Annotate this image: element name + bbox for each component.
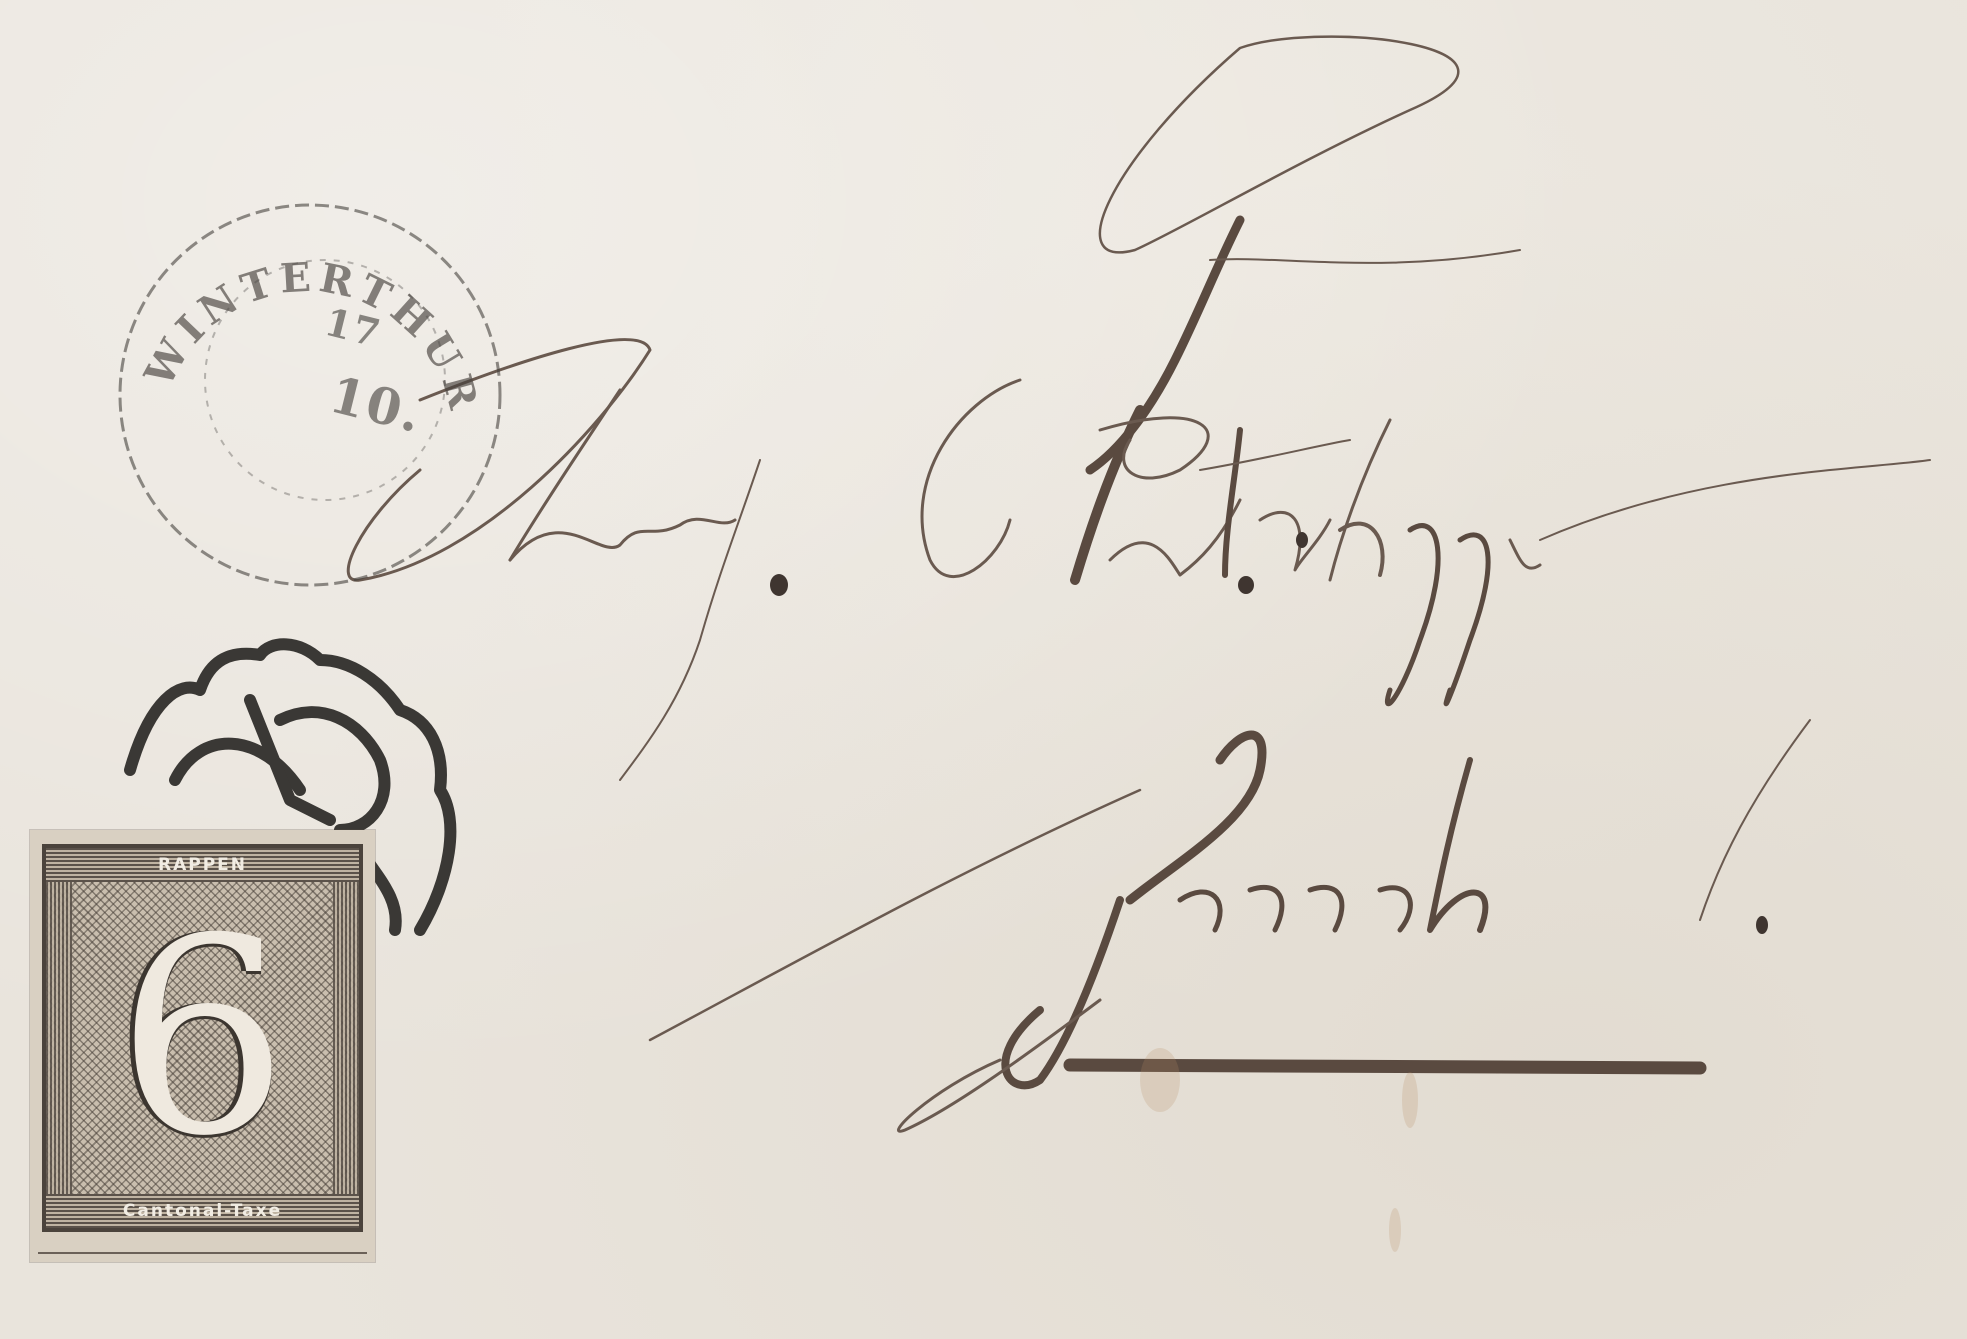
postage-stamp: RAPPEN 6 Cantonal-Taxe xyxy=(30,830,375,1262)
stamp-top-label: RAPPEN xyxy=(46,848,359,882)
stamp-border-left xyxy=(46,882,72,1194)
postmark-town: WINTERTHUR xyxy=(135,254,488,420)
stamp-margin-line xyxy=(38,1252,367,1254)
postmark: WINTERTHUR 17 10. xyxy=(110,190,520,600)
postal-cover: WINTERTHUR 17 10. RAPPEN 6 Cantonal-Taxe xyxy=(0,0,1967,1339)
stamp-value: 6 xyxy=(106,888,299,1188)
stamp-border-right xyxy=(333,882,359,1194)
svg-text:WINTERTHUR: WINTERTHUR xyxy=(135,254,488,420)
stamp-frame: RAPPEN 6 Cantonal-Taxe xyxy=(42,844,363,1232)
stamp-bottom-label: Cantonal-Taxe xyxy=(46,1194,359,1228)
